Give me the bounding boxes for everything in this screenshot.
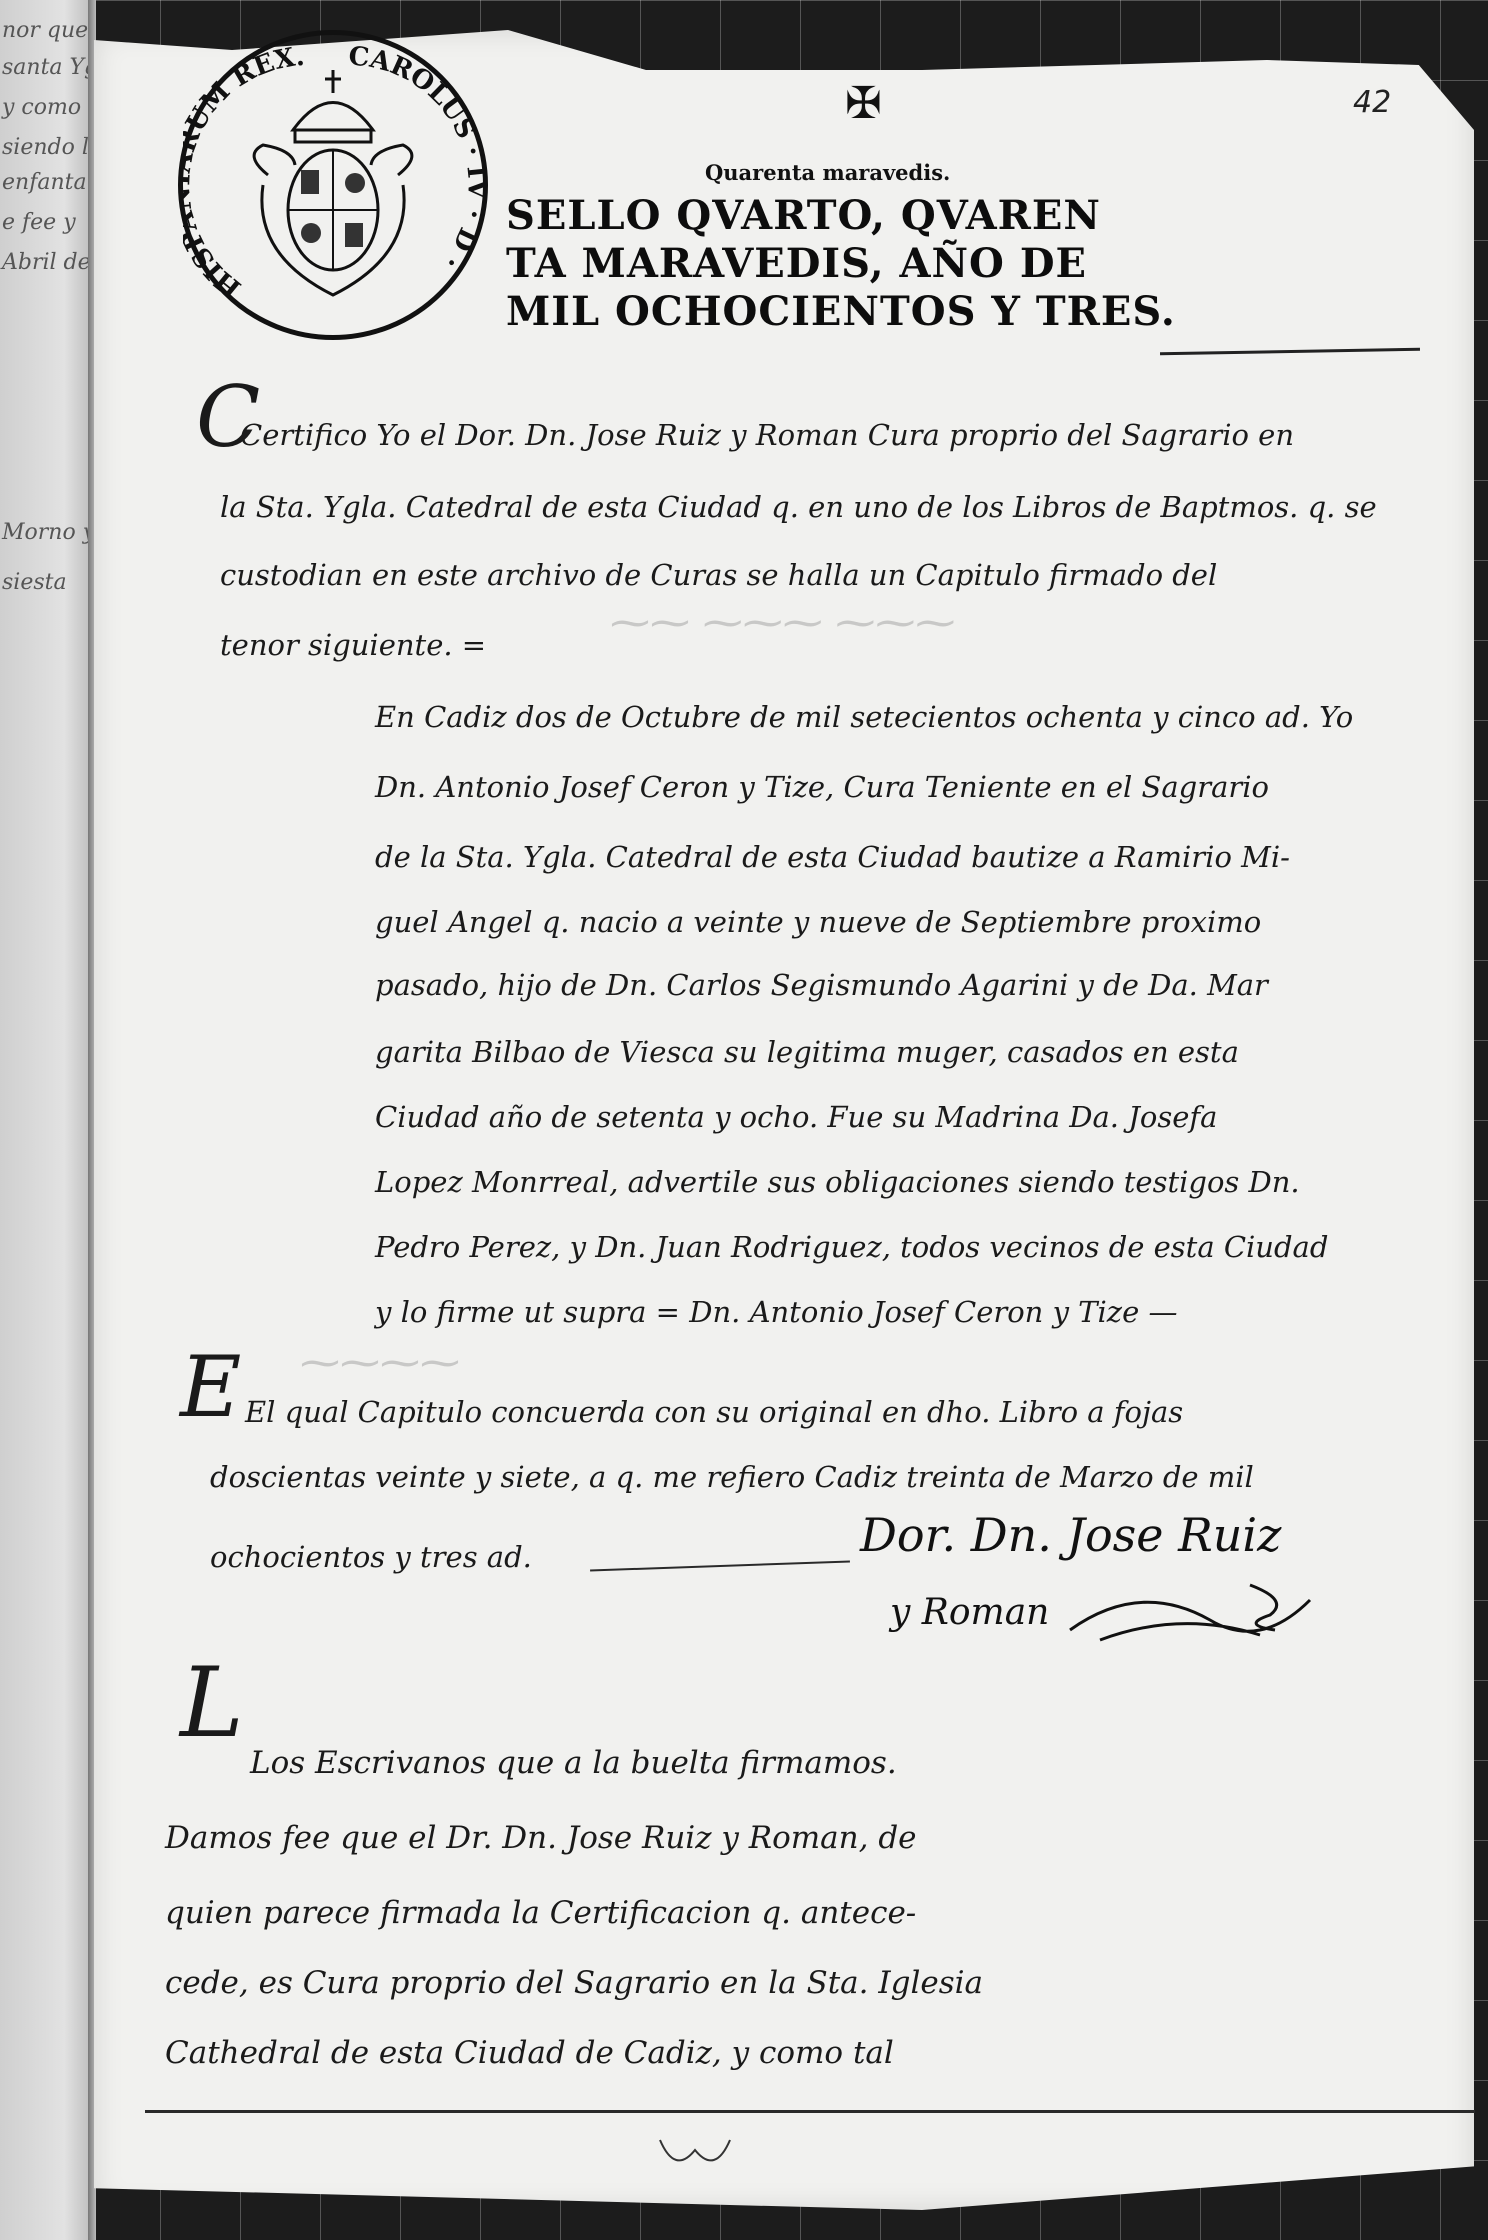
- folio-number: 42: [1353, 85, 1391, 120]
- baptism-line: En Cadiz dos de Octubre de mil setecient…: [375, 700, 1353, 734]
- concordance-line: ochocientos y tres ad.: [210, 1540, 532, 1574]
- facing-page-text: siesta: [2, 570, 67, 595]
- signature-surname: y Roman: [890, 1592, 1049, 1633]
- signature-rubric-icon: [1060, 1560, 1320, 1670]
- certificate-line: tenor siguiente. =: [220, 628, 486, 662]
- facing-page-text: enfanta: [2, 170, 87, 195]
- baptism-line: garita Bilbao de Viesca su legitima muge…: [375, 1035, 1239, 1069]
- certificate-line: Certifico Yo el Dor. Dn. Jose Ruiz y Rom…: [240, 418, 1294, 452]
- stamp-heading: SELLO QVARTO, QVAREN TA MARAVEDIS, AÑO D…: [506, 192, 1206, 336]
- notary-line: quien parece firmada la Certificacion q.…: [165, 1895, 916, 1931]
- certificate-line: custodian en este archivo de Curas se ha…: [220, 558, 1217, 592]
- facing-page-text: e fee y: [2, 210, 76, 235]
- facing-page-text: Abril de: [2, 250, 91, 275]
- baptism-line: de la Sta. Ygla. Catedral de esta Ciudad…: [375, 840, 1290, 874]
- bottom-flourish-icon: [650, 2135, 740, 2175]
- baptism-line: Lopez Monrreal, advertile sus obligacion…: [375, 1165, 1300, 1199]
- baptism-line: Pedro Perez, y Dn. Juan Rodriguez, todos…: [375, 1230, 1328, 1264]
- baptism-line: pasado, hijo de Dn. Carlos Segismundo Ag…: [375, 968, 1268, 1002]
- notary-line: Los Escrivanos que a la buelta firmamos.: [250, 1745, 897, 1781]
- drop-cap-l: L: [180, 1655, 244, 1751]
- cross-mark-icon: ✠: [845, 78, 882, 129]
- notary-line: cede, es Cura proprio del Sagrario en la…: [165, 1965, 983, 2001]
- certificate-line: la Sta. Ygla. Catedral de esta Ciudad q.…: [220, 490, 1377, 524]
- bleed-through-text: ⁓⁓⁓⁓: [300, 1340, 460, 1386]
- facing-page-text: y como ta: [2, 95, 92, 120]
- facing-page-edge: nor que santa Ygl y como ta siendo los e…: [0, 0, 92, 2240]
- facing-page-text: Morno y: [2, 520, 92, 545]
- baptism-line: guel Angel q. nacio a veinte y nueve de …: [375, 905, 1261, 939]
- baptism-line: y lo firme ut supra = Dn. Antonio Josef …: [375, 1295, 1177, 1329]
- coat-of-arms-icon: HISPANIARUM REX. CAROLUS · IV · D · G ·: [183, 35, 483, 335]
- signature-name: Dor. Dn. Jose Ruiz: [860, 1508, 1281, 1562]
- baptism-line: Ciudad año de setenta y ocho. Fue su Mad…: [375, 1100, 1217, 1134]
- facing-page-text: santa Ygl: [2, 55, 92, 80]
- royal-seal-stamp: HISPANIARUM REX. CAROLUS · IV · D · G ·: [178, 30, 488, 340]
- notary-line: Cathedral de esta Ciudad de Cadiz, y com…: [165, 2035, 894, 2071]
- stamp-line: SELLO QVARTO, QVAREN: [506, 192, 1206, 240]
- baptism-line: Dn. Antonio Josef Ceron y Tize, Cura Ten…: [375, 770, 1269, 804]
- stamp-line: TA MARAVEDIS, AÑO DE: [506, 240, 1206, 288]
- closing-rule: [145, 2110, 1475, 2113]
- drop-cap-e: E: [180, 1345, 241, 1429]
- stamp-price-line: Quarenta maravedis.: [705, 160, 950, 185]
- facing-page-text: nor que: [2, 18, 88, 43]
- facing-page-text: siendo los: [2, 135, 92, 160]
- notary-line: Damos fee que el Dr. Dn. Jose Ruiz y Rom…: [165, 1820, 917, 1856]
- concordance-line: El qual Capitulo concuerda con su origin…: [245, 1395, 1183, 1429]
- bleed-through-text: ⁓⁓ ⁓⁓⁓ ⁓⁓⁓: [610, 600, 955, 646]
- concordance-line: doscientas veinte y siete, a q. me refie…: [210, 1460, 1254, 1494]
- stamp-line: MIL OCHOCIENTOS Y TRES.: [506, 288, 1206, 336]
